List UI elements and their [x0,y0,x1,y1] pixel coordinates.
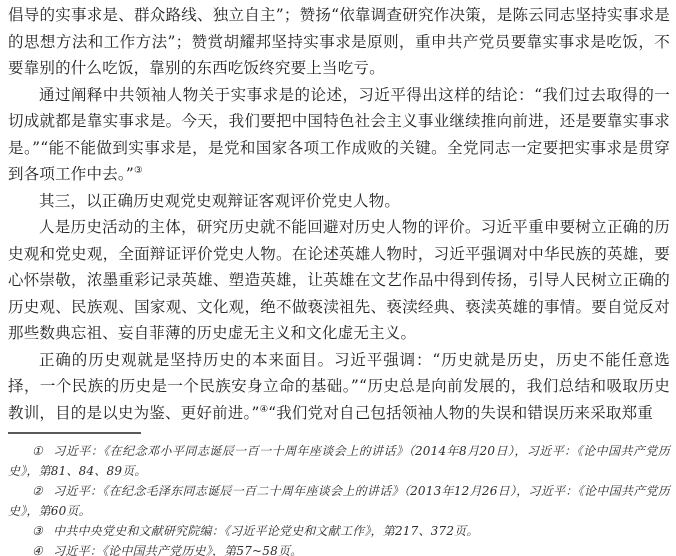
footnote-4-marker: ④ [32,544,43,556]
paragraph-4-text: 人是历史活动的主体，研究历史就不能回避对历史人物的评价。习近平重申要树立正确的历… [8,218,670,342]
footnote-3-text: 中共中央党史和文献研究院编：《习近平论党史和文献工作》，第217、372页。 [53,524,478,538]
paragraph-3-heading: 其三，以正确历史观党史观辩证客观评价党史人物。 [8,188,670,215]
footnote-3-marker: ③ [32,524,43,538]
footnote-2-text: 习近平：《在纪念毛泽东同志诞辰一百二十周年座谈会上的讲话》（2013年12月26… [8,484,670,518]
footnote-1-marker: ① [32,444,43,458]
footnote-ref-3: ③ [134,165,143,176]
footnote-4-text: 习近平：《论中国共产党历史》，第57~58页。 [53,544,302,556]
paragraph-1: 倡导的实事求是、群众路线、独立自主”；赞扬“依靠调查研究作决策，是陈云同志坚持实… [8,2,670,82]
paragraph-5-text-after: “我们党对自己包括领袖人物的失误和错误历来采取郑重 [268,404,653,422]
footnote-2: ②习近平：《在纪念毛泽东同志诞辰一百二十周年座谈会上的讲话》（2013年12月2… [8,481,670,521]
paragraph-5: 正确的历史观就是坚持历史的本来面目。习近平强调：“历史就是历史，历史不能任意选择… [8,347,670,427]
footnotes-section: ①习近平：《在纪念邓小平同志诞辰一百一十周年座谈会上的讲话》（2014年8月20… [8,441,670,556]
paragraph-1-text: 倡导的实事求是、群众路线、独立自主”；赞扬“依靠调查研究作决策，是陈云同志坚持实… [8,6,670,77]
body-text: 倡导的实事求是、群众路线、独立自主”；赞扬“依靠调查研究作决策，是陈云同志坚持实… [8,2,670,426]
footnote-2-marker: ② [32,484,43,498]
document-page: 倡导的实事求是、群众路线、独立自主”；赞扬“依靠调查研究作决策，是陈云同志坚持实… [0,0,676,556]
footnote-4: ④习近平：《论中国共产党历史》，第57~58页。 [8,541,670,556]
footnote-1-text: 习近平：《在纪念邓小平同志诞辰一百一十周年座谈会上的讲话》（2014年8月20日… [8,444,670,478]
paragraph-3-text: 其三，以正确历史观党史观辩证客观评价党史人物。 [39,192,400,210]
footnote-3: ③中共中央党史和文献研究院编：《习近平论党史和文献工作》，第217、372页。 [8,521,670,541]
footnote-1: ①习近平：《在纪念邓小平同志诞辰一百一十周年座谈会上的讲话》（2014年8月20… [8,441,670,481]
paragraph-4: 人是历史活动的主体，研究历史就不能回避对历史人物的评价。习近平重申要树立正确的历… [8,214,670,347]
footnote-ref-4: ④ [260,403,269,414]
footnote-separator-rule [8,432,141,434]
paragraph-2-text: 通过阐释中共领袖人物关于实事求是的论述，习近平得出这样的结论：“我们过去取得的一… [8,86,670,184]
paragraph-2: 通过阐释中共领袖人物关于实事求是的论述，习近平得出这样的结论：“我们过去取得的一… [8,82,670,188]
